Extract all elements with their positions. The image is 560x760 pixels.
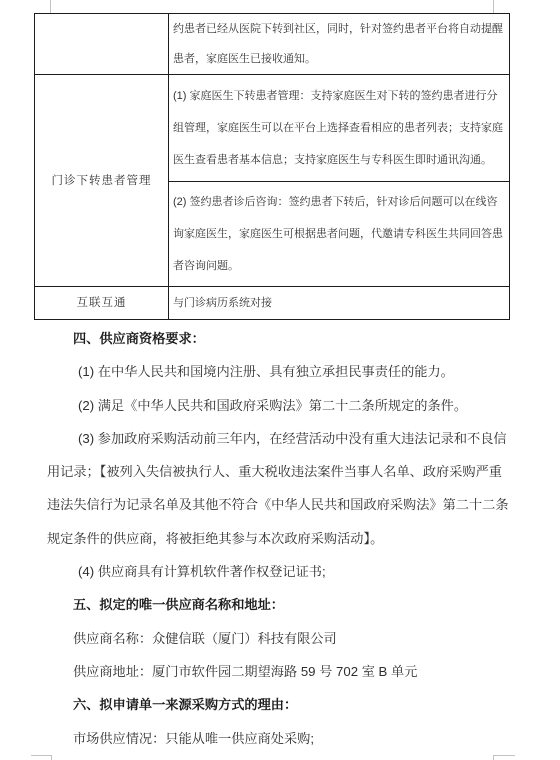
table-cell-interconnect-text: 与门诊病历系统对接	[169, 287, 510, 320]
table-cell-continuation-label	[35, 14, 169, 75]
qualification-item-3: (3) 参加政府采购活动前三年内，在经营活动中没有重大违法记录和不良信用记录；【…	[47, 422, 514, 555]
text-boundary-mark-bottom-right-h	[493, 755, 515, 756]
text-boundary-mark-bottom-right-v	[493, 755, 494, 760]
table-row-outpatient-item1: 门诊下转患者管理 (1) 家庭医生下转患者管理：支持家庭医生对下转的签约患者进行…	[35, 75, 510, 182]
document-page: { "table": { "continuation_row": { "left…	[0, 0, 560, 760]
supplier-address-line: 供应商地址：厦门市软件园二期望海路 59 号 702 室 B 单元	[47, 655, 514, 688]
qualification-item-2: (2) 满足《中华人民共和国政府采购法》第二十二条所规定的条件。	[47, 389, 514, 422]
requirements-table: 约患者已经从医院下转到社区，同时，针对签约患者平台将自动提醒患者，家庭医生已接收…	[34, 13, 510, 320]
section-heading-4: 四、供应商资格要求：	[47, 322, 514, 355]
table-row-continuation: 约患者已经从医院下转到社区，同时，针对签约患者平台将自动提醒患者，家庭医生已接收…	[35, 14, 510, 75]
text-boundary-mark-bottom-left-v	[51, 755, 52, 760]
section-heading-5: 五、拟定的唯一供应商名称和地址：	[47, 588, 514, 621]
supplier-name-line: 供应商名称：众健信联（厦门）科技有限公司	[47, 622, 514, 655]
qualification-item-1: (1) 在中华人民共和国境内注册、具有独立承担民事责任的能力。	[47, 355, 514, 388]
text-boundary-mark-bottom-left-h	[31, 755, 52, 756]
text-boundary-mark-top-left	[50, 0, 51, 13]
table-cell-interconnect-label: 互联互通	[35, 287, 169, 320]
table-cell-outpatient-label: 门诊下转患者管理	[35, 75, 169, 287]
market-supply-line: 市场供应情况：只能从唯一供应商处采购;	[47, 722, 514, 755]
table-cell-outpatient-item2: (2) 签约患者诊后咨询：签约患者下转后，针对诊后问题可以在线咨询家庭医生，家庭…	[169, 182, 510, 287]
table-cell-outpatient-item1: (1) 家庭医生下转患者管理：支持家庭医生对下转的签约患者进行分组管理，家庭医生…	[169, 75, 510, 182]
table-row-interconnect: 互联互通 与门诊病历系统对接	[35, 287, 510, 320]
qualification-item-4: (4) 供应商具有计算机软件著作权登记证书;	[47, 555, 514, 588]
section-heading-6: 六、拟申请单一来源采购方式的理由：	[47, 688, 514, 721]
document-body: 四、供应商资格要求： (1) 在中华人民共和国境内注册、具有独立承担民事责任的能…	[47, 322, 514, 755]
text-boundary-mark-top-right	[493, 0, 494, 13]
table-cell-continuation-text: 约患者已经从医院下转到社区，同时，针对签约患者平台将自动提醒患者，家庭医生已接收…	[169, 14, 510, 75]
